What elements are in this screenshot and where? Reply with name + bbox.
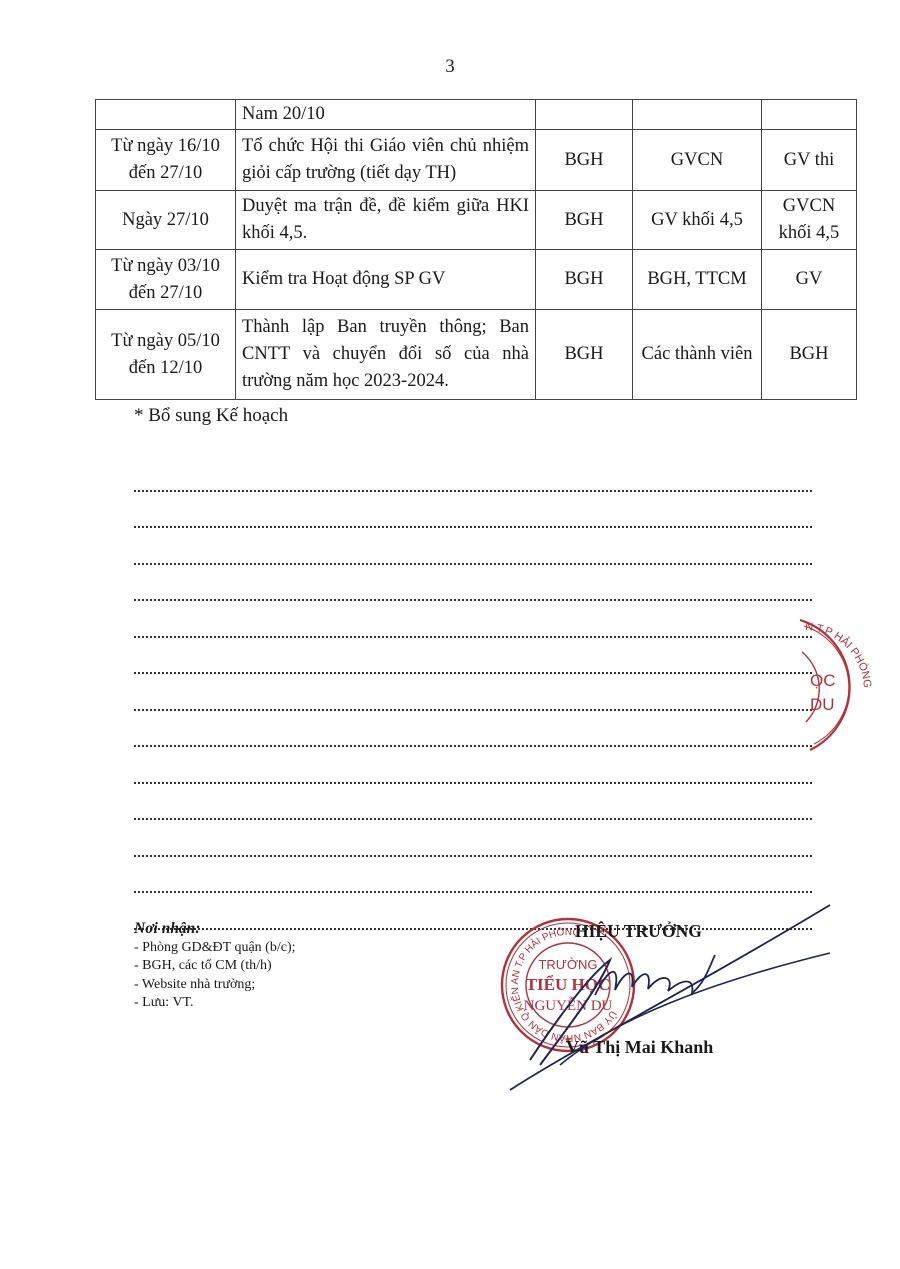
lead-cell xyxy=(536,100,633,130)
recipient-item: - Phòng GD&ĐT quận (b/c); xyxy=(134,939,296,958)
date-cell: Từ ngày 16/10 đến 27/10 xyxy=(96,130,236,191)
blank-fill-line xyxy=(134,528,812,565)
stamp-edge-fragment: ỌC DU N T.P HẢI PHÒNG xyxy=(800,610,890,760)
blank-fill-line xyxy=(134,711,812,748)
lead-cell: BGH xyxy=(536,310,633,400)
participant-cell: GVCN khối 4,5 xyxy=(762,191,857,250)
participant-cell: GV xyxy=(762,250,857,310)
blank-fill-line xyxy=(134,601,812,638)
date-cell xyxy=(96,100,236,130)
stamp-edge-text-1: ỌC xyxy=(810,671,836,690)
table-row: Từ ngày 16/10 đến 27/10 Tổ chức Hội thi … xyxy=(96,130,857,191)
blank-fill-line xyxy=(134,455,812,492)
blank-fill-line xyxy=(134,820,812,857)
blank-fill-line xyxy=(134,674,812,711)
recipient-item: - Website nhà trường; xyxy=(134,976,296,995)
executor-cell: Các thành viên xyxy=(633,310,762,400)
participant-cell: GV thi xyxy=(762,130,857,191)
blank-fill-line xyxy=(134,638,812,675)
task-cell: Kiểm tra Hoạt động SP GV xyxy=(236,250,536,310)
executor-cell: GVCN xyxy=(633,130,762,191)
task-cell: Duyệt ma trận đề, đề kiểm giữa HKI khối … xyxy=(236,191,536,250)
table-row: Nam 20/10 xyxy=(96,100,857,130)
lead-cell: BGH xyxy=(536,130,633,191)
date-cell: Từ ngày 03/10 đến 27/10 xyxy=(96,250,236,310)
blank-fill-line xyxy=(134,784,812,821)
executor-cell: GV khối 4,5 xyxy=(633,191,762,250)
blank-fill-line xyxy=(134,857,812,894)
handwritten-signature xyxy=(500,895,850,1095)
task-cell: Tổ chức Hội thi Giáo viên chủ nhiệm giỏi… xyxy=(236,130,536,191)
executor-cell: BGH, TTCM xyxy=(633,250,762,310)
page-number: 3 xyxy=(0,56,900,78)
blank-fill-line xyxy=(134,747,812,784)
recipient-item: - BGH, các tổ CM (th/h) xyxy=(134,957,296,976)
lead-cell: BGH xyxy=(536,191,633,250)
participant-cell: BGH xyxy=(762,310,857,400)
stamp-edge-text-2: DU xyxy=(810,695,835,714)
lead-cell: BGH xyxy=(536,250,633,310)
task-cell: Nam 20/10 xyxy=(236,100,536,130)
task-cell: Thành lập Ban truyền thông; Ban CNTT và … xyxy=(236,310,536,400)
blank-fill-line xyxy=(134,565,812,602)
blank-fill-line xyxy=(134,492,812,529)
recipients-block: Nơi nhận: - Phòng GD&ĐT quận (b/c); - BG… xyxy=(134,920,296,1013)
blank-fill-lines xyxy=(134,455,812,930)
executor-cell xyxy=(633,100,762,130)
table-row: Từ ngày 05/10 đến 12/10 Thành lập Ban tr… xyxy=(96,310,857,400)
date-cell: Từ ngày 05/10 đến 12/10 xyxy=(96,310,236,400)
recipient-item: - Lưu: VT. xyxy=(134,994,296,1013)
recipients-title: Nơi nhận: xyxy=(134,920,296,939)
supplement-title: * Bổ sung Kế hoạch xyxy=(134,405,288,427)
table-row: Ngày 27/10 Duyệt ma trận đề, đề kiểm giữ… xyxy=(96,191,857,250)
plan-table: Nam 20/10 Từ ngày 16/10 đến 27/10 Tổ chứ… xyxy=(95,99,857,400)
participant-cell xyxy=(762,100,857,130)
table-row: Từ ngày 03/10 đến 27/10 Kiểm tra Hoạt độ… xyxy=(96,250,857,310)
date-cell: Ngày 27/10 xyxy=(96,191,236,250)
